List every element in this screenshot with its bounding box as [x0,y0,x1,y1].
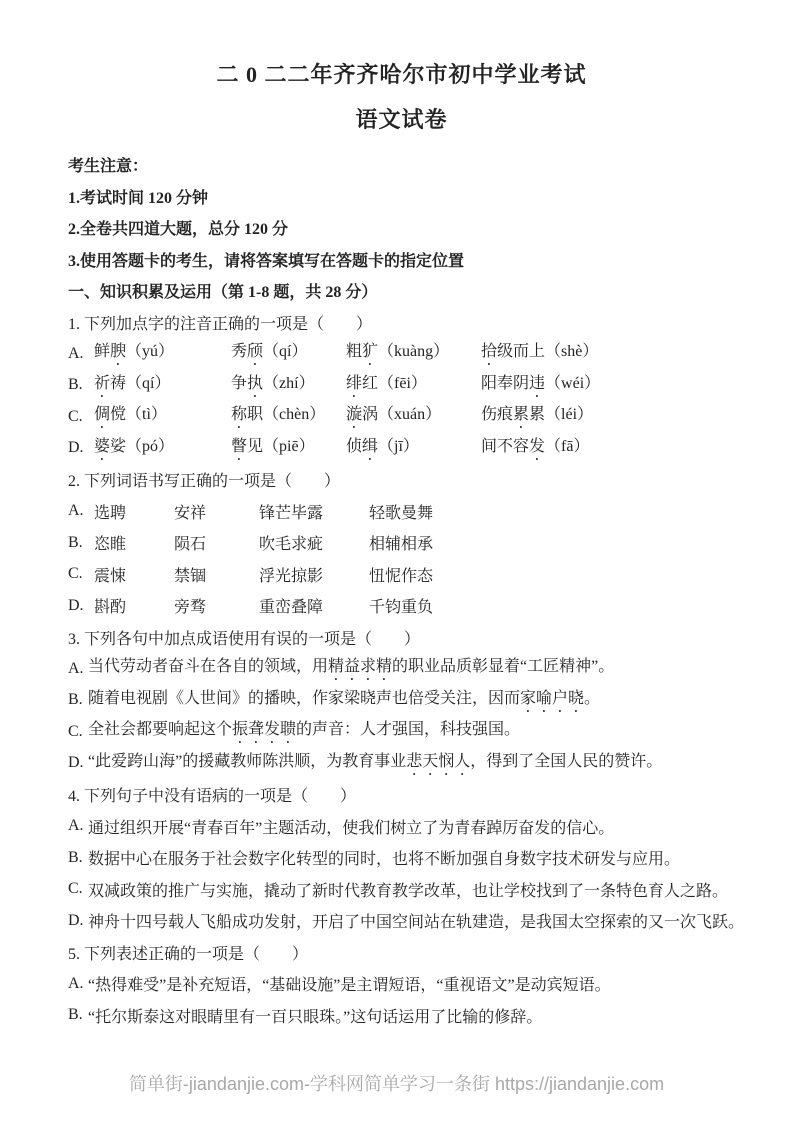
option-label: B. [68,376,94,394]
option-item: 斟酌 [94,594,174,617]
option-row-d: D. “此爱跨山海”的援藏教师陈洪顺，为教育事业悲天悯人，得到了全国人民的赞许。 [68,748,735,780]
question-3: 3. 下列各句中加点成语使用有误的一项是（ ） A. 当代劳动者奋斗在各自的领域… [68,622,735,780]
option-row-d: D. 斟酌 旁骛 重峦叠障 千钧重负 [68,590,735,622]
option-row-b: B. 随着电视剧《人世间》的播映，作家梁晓声也倍受关注，因而家喻户晓。 [68,685,735,717]
option-row-c: C. 倜傥（tì） 称职（chèn） 漩涡（xuán） 伤痕累累（léi） [68,401,735,433]
option-row-b: B. “托尔斯泰这对眼睛里有一百只眼珠。”这句话运用了比输的修辞。 [68,1000,735,1032]
notice-item: 2.全卷共四道大题，总分 120 分 [68,212,735,244]
option-row-a: A. 鲜腴（yú） 秀颀（qí） 粗犷（kuàng） 拾级而上（shè） [68,338,735,370]
option-row-c: C. 双减政策的推广与实施，撬动了新时代教育教学改革，也让学校找到了一条特色育人… [68,874,735,906]
option-row-a: A. 当代劳动者奋斗在各自的领域，用精益求精的职业品质彰显着“工匠精神”。 [68,653,735,685]
option-item: 重峦叠障 [259,594,369,617]
option-label: B. [68,1006,88,1024]
option-label: A. [68,660,88,678]
option-item: 绯红（fēi） [346,370,481,401]
option-row-d: D. 神舟十四号载人飞船成功发射，开启了中国空间站在轨建造，是我国太空探索的又一… [68,905,735,937]
option-item: 间不容发（fā） [481,433,589,464]
option-label: D. [68,912,88,930]
option-text: 神舟十四号载人飞船成功发射，开启了中国空间站在轨建造，是我国太空探索的又一次飞跃… [88,909,744,932]
option-item: 争执（zhí） [231,370,346,401]
option-row-a: A. 通过组织开展“青春百年”主题活动，使我们树立了为青春踔厉奋发的信心。 [68,811,735,843]
option-item: 拾级而上（shè） [481,338,598,369]
option-label: C. [68,565,94,583]
exam-title: 二 0 二二年齐齐哈尔市初中学业考试 [68,62,735,88]
option-item: 禁锢 [174,563,259,586]
option-label: C. [68,880,88,898]
question-stem: 1. 下列加点字的注音正确的一项是（ ） [68,307,735,339]
question-stem: 2. 下列词语书写正确的一项是（ ） [68,464,735,496]
option-row-b: B. 祈祷（qí） 争执（zhí） 绯红（fēi） 阳奉阴违（wéi） [68,370,735,402]
option-item: 婆娑（pó） [94,433,231,464]
option-label: C. [68,723,88,741]
option-item: 阳奉阴违（wéi） [481,370,600,401]
option-label: D. [68,754,88,772]
notice-item: 3.使用答题卡的考生，请将答案填写在答题卡的指定位置 [68,244,735,276]
option-text: 全社会都要响起这个振聋发聩的声音：人才强国，科技强国。 [88,716,520,747]
option-text: 随着电视剧《人世间》的播映，作家梁晓声也倍受关注，因而家喻户晓。 [88,685,600,716]
option-label: A. [68,345,94,363]
option-item: 恣睢 [94,531,174,554]
question-4: 4. 下列句子中没有语病的一项是（ ） A. 通过组织开展“青春百年”主题活动，… [68,779,735,937]
option-item: 安祥 [174,500,259,523]
option-label: D. [68,439,94,457]
exam-subtitle: 语文试卷 [68,107,735,133]
option-text: 数据中心在服务于社会数字化转型的同时，也将不断加强自身数字技术研发与应用。 [88,846,680,869]
option-item: 旁骛 [174,594,259,617]
option-label: A. [68,817,88,835]
option-label: A. [68,502,94,520]
option-item: 秀颀（qí） [231,338,346,369]
option-item: 吹毛求疵 [259,531,369,554]
question-1: 1. 下列加点字的注音正确的一项是（ ） A. 鲜腴（yú） 秀颀（qí） 粗犷… [68,307,735,465]
option-item: 粗犷（kuàng） [346,338,481,369]
option-row-a: A. 选聘 安祥 锋芒毕露 轻歌曼舞 [68,496,735,528]
option-row-b: B. 数据中心在服务于社会数字化转型的同时，也将不断加强自身数字技术研发与应用。 [68,842,735,874]
option-item: 震悚 [94,563,174,586]
option-row-d: D. 婆娑（pó） 瞥见（piē） 侦缉（jī） 间不容发（fā） [68,433,735,465]
exam-paper-page: 二 0 二二年齐齐哈尔市初中学业考试 语文试卷 考生注意： 1.考试时间 120… [0,0,793,1122]
option-row-c: C. 震悚 禁锢 浮光掠影 忸怩作态 [68,559,735,591]
option-text: 双减政策的推广与实施，撬动了新时代教育教学改革，也让学校找到了一条特色育人之路。 [88,878,728,901]
option-item: 陨石 [174,531,259,554]
option-item: 瞥见（piē） [231,433,346,464]
option-text: 通过组织开展“青春百年”主题活动，使我们树立了为青春踔厉奋发的信心。 [88,815,614,838]
option-item: 浮光掠影 [259,563,369,586]
watermark-footer: 简单街-jiandanjie.com-学科网简单学习一条街 https://ji… [0,1070,793,1096]
option-row-a: A. “热得难受”是补充短语，“基础设施”是主谓短语，“重视语文”是动宾短语。 [68,968,735,1000]
option-item: 祈祷（qí） [94,370,231,401]
option-label: B. [68,691,88,709]
option-item: 称职（chèn） [231,401,346,432]
option-label: B. [68,534,94,552]
option-label: C. [68,408,94,426]
option-item: 鲜腴（yú） [94,338,231,369]
exam-body: 考生注意： 1.考试时间 120 分钟 2.全卷共四道大题，总分 120 分 3… [68,149,735,1031]
option-text: “托尔斯泰这对眼睛里有一百只眼珠。”这句话运用了比输的修辞。 [88,1004,542,1027]
option-item: 忸怩作态 [369,563,433,586]
question-2: 2. 下列词语书写正确的一项是（ ） A. 选聘 安祥 锋芒毕露 轻歌曼舞 B.… [68,464,735,622]
option-row-b: B. 恣睢 陨石 吹毛求疵 相辅相承 [68,527,735,559]
option-item: 选聘 [94,500,174,523]
option-text: “热得难受”是补充短语，“基础设施”是主谓短语，“重视语文”是动宾短语。 [88,972,611,995]
question-5: 5. 下列表述正确的一项是（ ） A. “热得难受”是补充短语，“基础设施”是主… [68,937,735,1032]
question-stem: 4. 下列句子中没有语病的一项是（ ） [68,779,735,811]
option-item: 漩涡（xuán） [346,401,481,432]
question-stem: 5. 下列表述正确的一项是（ ） [68,937,735,969]
notice-item: 1.考试时间 120 分钟 [68,181,735,213]
option-item: 伤痕累累（léi） [481,401,593,432]
option-item: 倜傥（tì） [94,401,231,432]
option-label: B. [68,849,88,867]
option-item: 轻歌曼舞 [369,500,433,523]
option-item: 锋芒毕露 [259,500,369,523]
notice-heading: 考生注意： [68,149,735,181]
option-text: 当代劳动者奋斗在各自的领域，用精益求精的职业品质彰显着“工匠精神”。 [88,653,614,684]
option-label: D. [68,597,94,615]
option-item: 相辅相承 [369,531,433,554]
section-heading: 一、知识积累及运用（第 1-8 题，共 28 分） [68,275,735,307]
option-item: 侦缉（jī） [346,433,481,464]
option-row-c: C. 全社会都要响起这个振聋发聩的声音：人才强国，科技强国。 [68,716,735,748]
option-label: A. [68,975,88,993]
option-text: “此爱跨山海”的援藏教师陈洪顺，为教育事业悲天悯人，得到了全国人民的赞许。 [88,748,662,779]
question-stem: 3. 下列各句中加点成语使用有误的一项是（ ） [68,622,735,654]
option-item: 千钧重负 [369,594,433,617]
